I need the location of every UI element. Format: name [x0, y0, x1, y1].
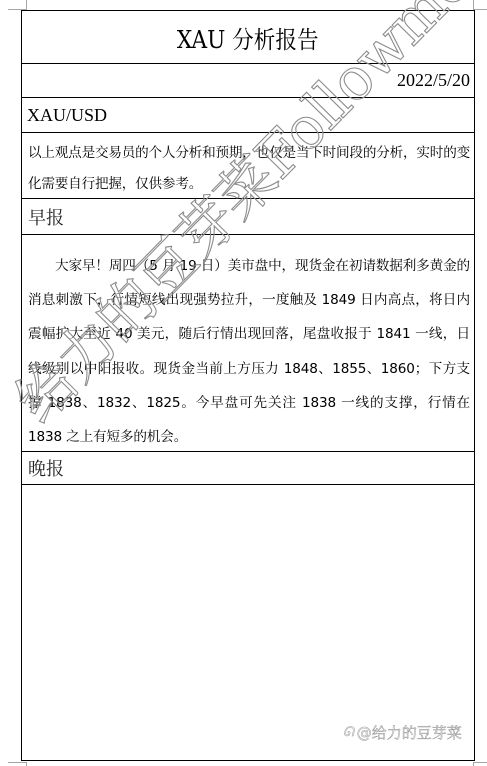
- evening-report-body-row: [22, 485, 474, 762]
- morning-report-heading-row: 早报: [22, 199, 474, 235]
- title-row: XAU 分析报告: [22, 11, 474, 64]
- crop-mark-bottom-left-h: [8, 762, 27, 763]
- disclaimer-text: 以上观点是交易员的个人分析和预期，也仅是当下时间段的分析，实时的变化需要自行把握…: [28, 138, 470, 200]
- report-title: XAU 分析报告: [177, 20, 319, 55]
- morning-report-body-row: 大家早！周四（5 月 19 日）美市盘中，现货金在初请数据利多黄金的消息刺激下，…: [22, 235, 474, 452]
- disclaimer-row: 以上观点是交易员的个人分析和预期，也仅是当下时间段的分析，实时的变化需要自行把握…: [22, 133, 474, 199]
- evening-report-heading-row: 晚报: [22, 452, 474, 485]
- report-table: XAU 分析报告 2022/5/20 XAU/USD 以上观点是交易员的个人分析…: [21, 10, 475, 761]
- crop-mark-top-right-h: [473, 9, 487, 10]
- report-date: 2022/5/20: [397, 70, 470, 91]
- morning-report-heading: 早报: [28, 204, 64, 230]
- date-row: 2022/5/20: [22, 64, 474, 98]
- morning-report-body: 大家早！周四（5 月 19 日）美市盘中，现货金在初请数据利多黄金的消息刺激下，…: [28, 249, 470, 454]
- evening-report-heading: 晚报: [28, 455, 64, 481]
- crop-mark-bottom-right-h: [473, 762, 487, 763]
- instrument-pair: XAU/USD: [27, 105, 107, 126]
- instrument-row: XAU/USD: [22, 98, 474, 133]
